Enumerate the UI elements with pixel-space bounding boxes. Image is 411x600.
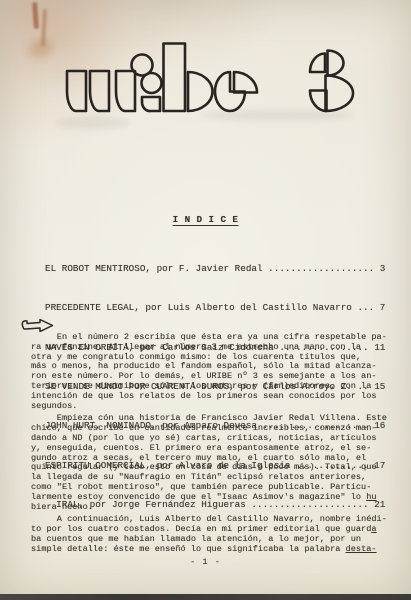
- toc-item-page: 7: [380, 302, 386, 313]
- editorial-paragraph-2: Empieza cón una historia de Francisco Ja…: [31, 414, 403, 512]
- toc-item-label: EL ROBOT MENTIROSO, por F. Javier Redal: [45, 263, 263, 274]
- index-heading: I N D I C E: [173, 214, 239, 225]
- underlined-text: hu: [366, 492, 376, 502]
- rust-stain: [26, 36, 56, 60]
- toc-item: PRECEDENTE LEGAL, por Luis Alberto del C…: [45, 301, 385, 314]
- underlined-text: desta-: [346, 544, 377, 554]
- scan-edge-bar: [0, 594, 411, 600]
- paragraph-text: A continuación, Luis Alberto del Castill…: [31, 514, 387, 534]
- uribe-logo: [55, 40, 355, 115]
- underlined-text: a: [371, 524, 376, 534]
- toc-item: EL ROBOT MENTIROSO, por F. Javier Redal …: [45, 262, 385, 275]
- editorial-paragraph-3: A continuación, Luis Alberto del Castill…: [31, 515, 403, 554]
- hand-drawn-arrow-icon: [20, 316, 56, 332]
- rust-stain: [32, 2, 39, 29]
- paragraph-text: Empieza cón una historia de Francisco Ja…: [31, 413, 387, 501]
- toc-item-label: PRECEDENTE LEGAL, por Luis Alberto del C…: [45, 302, 352, 313]
- rust-stain: [41, 9, 47, 46]
- paragraph-text: En el número 2 escribía que ésta era ya …: [31, 332, 387, 411]
- page-number: - 1 -: [0, 557, 411, 567]
- toc-item-page: 3: [380, 263, 386, 274]
- scanned-fanzine-page: I N D I C E EL ROBOT MENTIROSO, por F. J…: [0, 0, 411, 600]
- paragraph-text: ba cuentos que me habían llamado la aten…: [31, 534, 361, 554]
- paragraph-text: biera hecho.: [31, 502, 93, 512]
- ink-smudge: [56, 117, 130, 129]
- editorial-text: En el número 2 escribía que ésta era ya …: [31, 333, 403, 558]
- dot-leader: ...................: [263, 263, 380, 274]
- dot-leader: ...: [352, 302, 380, 313]
- editorial-paragraph-1: En el número 2 escribía que ésta era ya …: [31, 333, 403, 411]
